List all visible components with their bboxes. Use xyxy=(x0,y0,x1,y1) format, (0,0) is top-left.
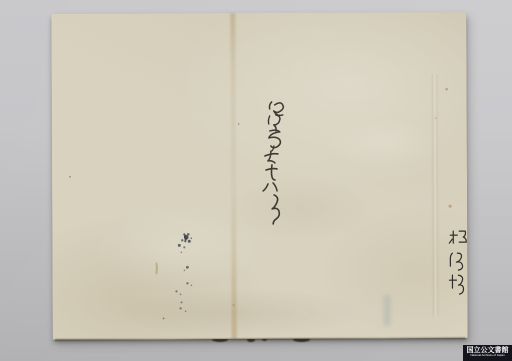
edge-annotation xyxy=(444,226,470,298)
ink-bleed-marks xyxy=(148,228,198,324)
center-calligraphy xyxy=(250,93,303,227)
archive-watermark: 国立公文書館 National Archives of Japan xyxy=(463,345,512,361)
scan-background: 国立公文書館 National Archives of Japan xyxy=(0,0,512,361)
document-paper xyxy=(51,12,467,340)
watermark-subtitle: National Archives of Japan xyxy=(470,354,504,357)
watermark-title: 国立公文書館 xyxy=(467,347,509,354)
